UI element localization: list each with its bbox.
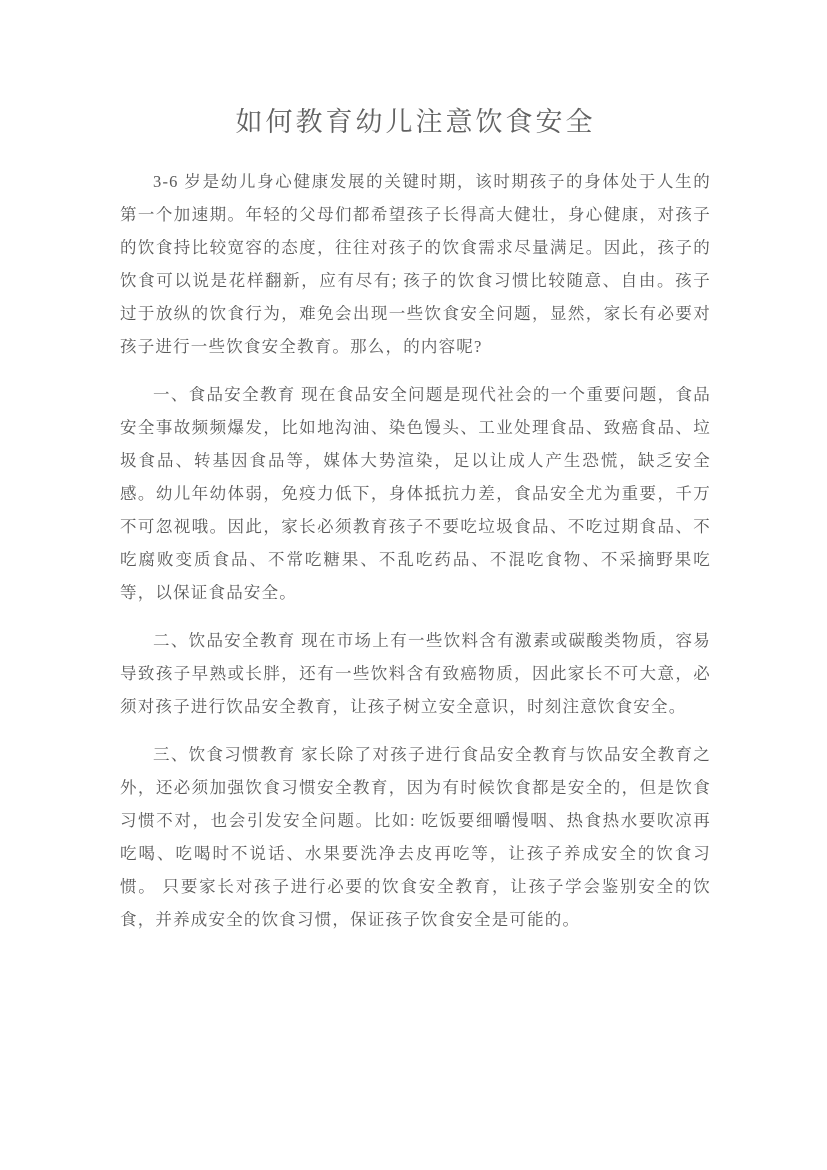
document-title: 如何教育幼儿注意饮食安全 <box>120 100 711 139</box>
paragraph-eating-habit-education: 三、饮食习惯教育 家长除了对孩子进行食品安全教育与饮品安全教育之外，还必须加强饮… <box>120 738 711 936</box>
document-page: 如何教育幼儿注意饮食安全 3-6 岁是幼儿身心健康发展的关键时期，该时期孩子的身… <box>0 0 827 1170</box>
paragraph-intro: 3-6 岁是幼儿身心健康发展的关键时期，该时期孩子的身体处于人生的第一个加速期。… <box>120 165 711 363</box>
document-body: 3-6 岁是幼儿身心健康发展的关键时期，该时期孩子的身体处于人生的第一个加速期。… <box>120 165 711 936</box>
paragraph-drink-safety-education: 二、饮品安全教育 现在市场上有一些饮料含有激素或碳酸类物质，容易导致孩子早熟或长… <box>120 624 711 723</box>
paragraph-food-safety-education: 一、食品安全教育 现在食品安全问题是现代社会的一个重要问题，食品安全事故频频爆发… <box>120 378 711 609</box>
